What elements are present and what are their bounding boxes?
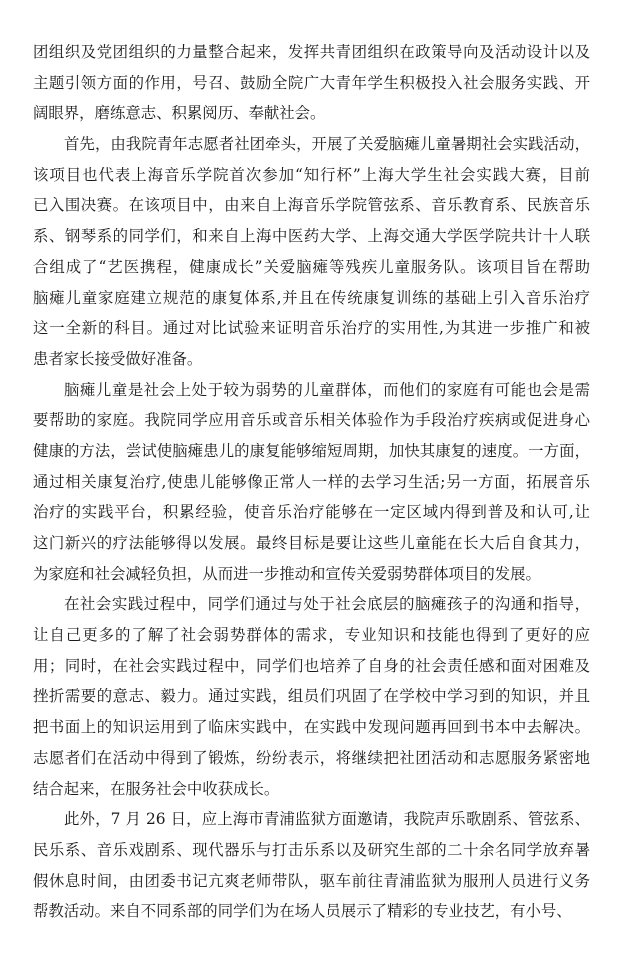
text-line: 把书面上的知识运用到了临床实践中，在实践中发现问题再回到书本中去解决。 bbox=[33, 712, 590, 743]
paragraph: 在社会实践过程中，同学们通过与处于社会底层的脑瘫孩子的沟通和指导，让自己更多的了… bbox=[33, 589, 590, 804]
text-line: 结合起来，在服务社会中收获成长。 bbox=[33, 774, 590, 805]
text-line: 已入围决赛。在该项目中，由来自上海音乐学院管弦系、音乐教育系、民族音乐 bbox=[33, 190, 590, 221]
text-line: 该项目也代表上海音乐学院首次参加“知行杯”上海大学生社会实践大赛，目前 bbox=[33, 160, 590, 191]
text-line: 脑瘫儿童家庭建立规范的康复体系,并且在传统康复训练的基础上引入音乐治疗 bbox=[33, 283, 590, 314]
paragraph: 团组织及党团组织的力量整合起来，发挥共青团组织在政策导向及活动设计以及主题引领方… bbox=[33, 37, 590, 129]
text-line: 通过相关康复治疗,使患儿能够像正常人一样的去学习生活;另一方面，拓展音乐 bbox=[33, 467, 590, 498]
paragraph: 脑瘫儿童是社会上处于较为弱势的儿童群体，而他们的家庭有可能也会是需要帮助的家庭。… bbox=[33, 375, 590, 590]
paragraph: 首先，由我院青年志愿者社团牵头，开展了关爱脑瘫儿童暑期社会实践活动，该项目也代表… bbox=[33, 129, 590, 375]
text-line: 主题引领方面的作用，号召、鼓励全院广大青年学生积极投入社会服务实践、开 bbox=[33, 68, 590, 99]
text-line: 合组成了“艺医携程，健康成长”关爱脑瘫等残疾儿童服务队。该项目旨在帮助 bbox=[33, 252, 590, 283]
text-line: 帮教活动。来自不同系部的同学们为在场人员展示了精彩的专业技艺，有小号、 bbox=[33, 896, 590, 927]
text-line: 团组织及党团组织的力量整合起来，发挥共青团组织在政策导向及活动设计以及 bbox=[33, 37, 590, 68]
text-line: 此外，7 月 26 日，应上海市青浦监狱方面邀请，我院声乐歌剧系、管弦系、 bbox=[33, 804, 590, 835]
text-line: 假休息时间，由团委书记亢爽老师带队，驱车前往青浦监狱为服刑人员进行义务 bbox=[33, 866, 590, 897]
document-text: 团组织及党团组织的力量整合起来，发挥共青团组织在政策导向及活动设计以及主题引领方… bbox=[33, 37, 590, 927]
text-line: 让自己更多的了解了社会弱势群体的需求，专业知识和技能也得到了更好的应 bbox=[33, 620, 590, 651]
text-line: 要帮助的家庭。我院同学应用音乐或音乐相关体验作为手段治疗疾病或促进身心 bbox=[33, 405, 590, 436]
text-line: 脑瘫儿童是社会上处于较为弱势的儿童群体，而他们的家庭有可能也会是需 bbox=[33, 375, 590, 406]
text-line: 这门新兴的疗法能够得以发展。最终目标是要让这些儿童能在长大后自食其力， bbox=[33, 528, 590, 559]
text-line: 为家庭和社会减轻负担，从而进一步推动和宣传关爱弱势群体项目的发展。 bbox=[33, 559, 590, 590]
text-line: 民乐系、音乐戏剧系、现代器乐与打击乐系以及研究生部的二十余名同学放弃暑 bbox=[33, 835, 590, 866]
text-line: 首先，由我院青年志愿者社团牵头，开展了关爱脑瘫儿童暑期社会实践活动， bbox=[33, 129, 590, 160]
text-line: 健康的方法，尝试使脑瘫患儿的康复能够缩短周期，加快其康复的速度。一方面， bbox=[33, 436, 590, 467]
text-line: 患者家长接受做好准备。 bbox=[33, 344, 590, 375]
text-line: 在社会实践过程中，同学们通过与处于社会底层的脑瘫孩子的沟通和指导， bbox=[33, 589, 590, 620]
text-line: 治疗的实践平台，积累经验，使音乐治疗能够在一定区域内得到普及和认可,让 bbox=[33, 497, 590, 528]
text-line: 志愿者们在活动中得到了锻炼，纷纷表示，将继续把社团活动和志愿服务紧密地 bbox=[33, 743, 590, 774]
text-line: 这一全新的科目。通过对比试验来证明音乐治疗的实用性,为其进一步推广和被 bbox=[33, 313, 590, 344]
text-line: 阔眼界，磨练意志、积累阅历、奉献社会。 bbox=[33, 98, 590, 129]
document-page: 团组织及党团组织的力量整合起来，发挥共青团组织在政策导向及活动设计以及主题引领方… bbox=[33, 37, 590, 927]
text-line: 用；同时，在社会实践过程中，同学们也培养了自身的社会责任感和面对困难及 bbox=[33, 651, 590, 682]
paragraph: 此外，7 月 26 日，应上海市青浦监狱方面邀请，我院声乐歌剧系、管弦系、民乐系… bbox=[33, 804, 590, 927]
text-line: 挫折需要的意志、毅力。通过实践，组员们巩固了在学校中学习到的知识，并且 bbox=[33, 681, 590, 712]
text-line: 系、钢琴系的同学们，和来自上海中医药大学、上海交通大学医学院共计十人联 bbox=[33, 221, 590, 252]
